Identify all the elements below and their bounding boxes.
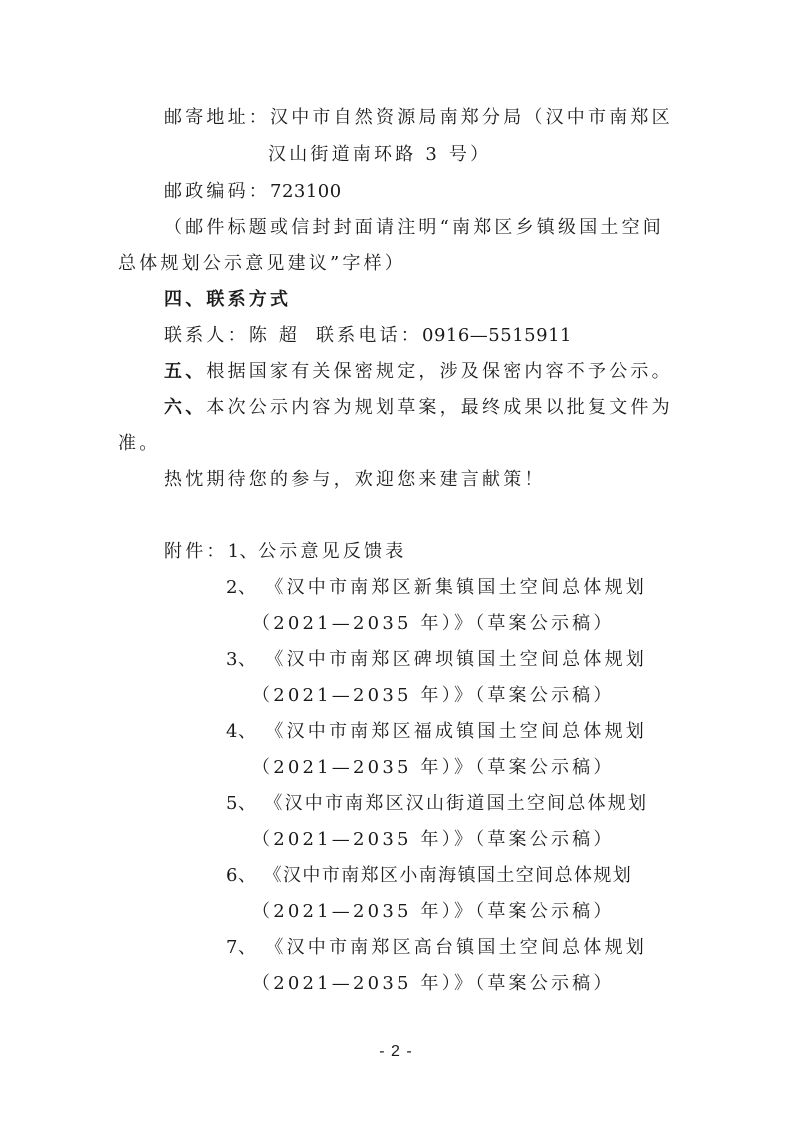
attachment-2-subtitle: （2021—2035 年）》（草案公示稿） xyxy=(252,612,615,636)
contact-heading: 四、联系方式 xyxy=(164,288,291,312)
attachment-5-subtitle: （2021—2035 年）》（草案公示稿） xyxy=(252,828,615,852)
attachment-title: 《汉中市南郑区福成镇国土空间总体规划 xyxy=(265,721,647,742)
attachment-title: 《汉中市南郑区新集镇国土空间总体规划 xyxy=(265,577,647,598)
attachment-4: 4、 《汉中市南郑区福成镇国土空间总体规划 xyxy=(226,720,647,744)
attachment-1: 附件：1、公示意见反馈表 xyxy=(164,540,406,564)
attachment-number: 4、 xyxy=(226,721,256,742)
contact-person-label: 联系人： xyxy=(164,325,249,346)
mailing-address-label: 邮寄地址： xyxy=(164,107,270,128)
attachment-7: 7、 《汉中市南郑区高台镇国土空间总体规划 xyxy=(226,936,647,960)
attachment-number: 5、 xyxy=(226,793,256,814)
attachment-4-subtitle: （2021—2035 年）》（草案公示稿） xyxy=(252,756,615,780)
mail-note-line1: （邮件标题或信封封面请注明“南郑区乡镇级国土空间 xyxy=(164,216,664,240)
attachment-title: 《汉中市南郑区小南海镇国土空间总体规划 xyxy=(264,865,633,886)
clause-five: 五、根据国家有关保密规定，涉及保密内容不予公示。 xyxy=(164,360,673,384)
attachment-title: 公示意见反馈表 xyxy=(258,541,406,562)
contact-row: 联系人：陈 超 xyxy=(164,324,300,348)
attachments-label: 附件： xyxy=(164,541,228,562)
attachment-number: 6、 xyxy=(226,865,256,886)
clause-five-number: 五、 xyxy=(164,361,206,382)
attachment-number: 1、 xyxy=(228,541,258,562)
mailing-address-row: 邮寄地址：汉中市自然资源局南郑分局（汉中市南郑区 xyxy=(164,106,673,130)
contact-phone-label: 联系电话： xyxy=(316,325,422,346)
postcode-value: 723100 xyxy=(270,181,342,202)
attachment-2: 2、 《汉中市南郑区新集镇国土空间总体规划 xyxy=(226,576,647,600)
contact-phone-row: 联系电话：0916—5515911 xyxy=(316,324,572,348)
attachment-title: 《汉中市南郑区碑坝镇国土空间总体规划 xyxy=(265,649,647,670)
attachment-6-subtitle: （2021—2035 年）》（草案公示稿） xyxy=(252,900,615,924)
attachment-3: 3、 《汉中市南郑区碑坝镇国土空间总体规划 xyxy=(226,648,647,672)
attachment-number: 7、 xyxy=(226,937,256,958)
clause-six-text-line1: 本次公示内容为规划草案，最终成果以批复文件为 xyxy=(206,397,672,418)
postcode-row: 邮政编码：723100 xyxy=(164,180,342,204)
attachment-title: 《汉中市南郑区汉山街道国土空间总体规划 xyxy=(264,793,648,814)
mailing-address-line2: 汉山街道南环路 3 号） xyxy=(268,143,491,167)
clause-six: 六、本次公示内容为规划草案，最终成果以批复文件为 xyxy=(164,396,673,420)
contact-phone: 0916—5515911 xyxy=(422,325,572,346)
clause-six-number: 六、 xyxy=(164,397,206,418)
mail-note-line2: 总体规划公示意见建议”字样） xyxy=(118,252,406,276)
attachment-7-subtitle: （2021—2035 年）》（草案公示稿） xyxy=(252,972,615,996)
clause-five-text: 根据国家有关保密规定，涉及保密内容不予公示。 xyxy=(206,361,672,382)
attachment-title: 《汉中市南郑区高台镇国土空间总体规划 xyxy=(265,937,647,958)
mailing-address-line1: 汉中市自然资源局南郑分局（汉中市南郑区 xyxy=(270,107,673,128)
attachment-5: 5、 《汉中市南郑区汉山街道国土空间总体规划 xyxy=(226,792,648,816)
attachment-number: 3、 xyxy=(226,649,256,670)
attachment-3-subtitle: （2021—2035 年）》（草案公示稿） xyxy=(252,684,615,708)
postcode-label: 邮政编码： xyxy=(164,181,270,202)
clause-six-text-line2: 准。 xyxy=(118,432,160,456)
attachment-number: 2、 xyxy=(226,577,256,598)
contact-person: 陈 超 xyxy=(249,325,300,346)
page-number: - 2 - xyxy=(0,1043,792,1061)
attachment-6: 6、 《汉中市南郑区小南海镇国土空间总体规划 xyxy=(226,864,632,888)
closing-text: 热忱期待您的参与，欢迎您来建言献策！ xyxy=(164,468,546,492)
